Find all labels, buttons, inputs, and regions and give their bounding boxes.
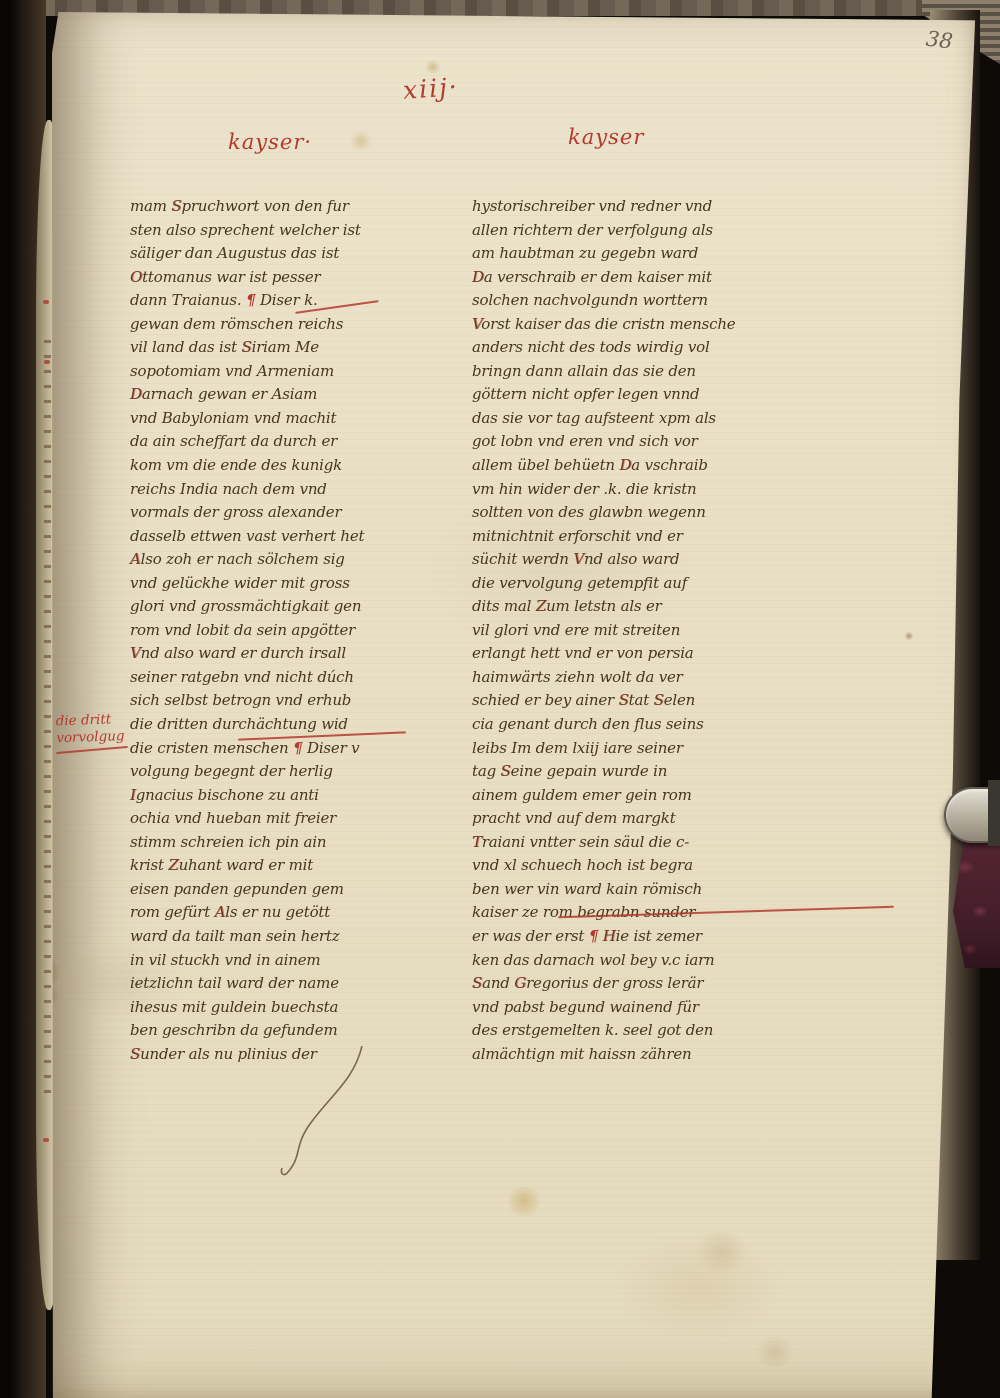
stain bbox=[752, 1337, 798, 1367]
manuscript-line: in vil stuckh vnd in ainem bbox=[130, 949, 420, 973]
manuscript-line: mam Spruchwort von den fur bbox=[130, 195, 420, 219]
manuscript-line: ihesus mit guldein buechsta bbox=[130, 996, 420, 1020]
manuscript-line: almächtign mit haissn zähren bbox=[472, 1043, 782, 1067]
stain bbox=[904, 632, 914, 640]
manuscript-line: ben wer vin ward kain römisch bbox=[472, 878, 782, 902]
manuscript-line: anders nicht des tods wirdig vol bbox=[472, 336, 782, 360]
manuscript-line: Ignacius bischone zu anti bbox=[130, 784, 420, 808]
manuscript-line: cia genant durch den flus seins bbox=[472, 713, 782, 737]
manuscript-line: solchen nachvolgundn worttern bbox=[472, 289, 782, 313]
manuscript-line: mitnichtnit erforschit vnd er bbox=[472, 525, 782, 549]
right-column-header: kayser bbox=[568, 125, 644, 149]
previous-page-text-edge bbox=[44, 340, 51, 1100]
manuscript-line: reichs India nach dem vnd bbox=[130, 478, 420, 502]
manuscript-line: vnd Babyloniam vnd machit bbox=[130, 407, 420, 431]
manuscript-line: kom vm die ende des kunigk bbox=[130, 454, 420, 478]
manuscript-line: glori vnd grossmächtigkait gen bbox=[130, 595, 420, 619]
folio-number: 38 bbox=[925, 26, 954, 53]
manuscript-line: Vnd also ward er durch irsall bbox=[130, 642, 420, 666]
manuscript-photo: xiij· 38 kayser· kayser die dritt vorvol… bbox=[0, 0, 1000, 1398]
manuscript-line: Vorst kaiser das die cristn mensche bbox=[472, 313, 782, 337]
manuscript-line: säliger dan Augustus das ist bbox=[130, 242, 420, 266]
manuscript-line: pracht vnd auf dem margkt bbox=[472, 807, 782, 831]
manuscript-line: Traiani vntter sein säul die c- bbox=[472, 831, 782, 855]
manuscript-line: am haubtman zu gegebn ward bbox=[472, 242, 782, 266]
manuscript-line: vnd gelückhe wider mit gross bbox=[130, 572, 420, 596]
manuscript-line: göttern nicht opfer legen vnnd bbox=[472, 383, 782, 407]
manuscript-line: rom gefürt Als er nu getött bbox=[130, 901, 420, 925]
manuscript-line: Also zoh er nach sölchem sig bbox=[130, 548, 420, 572]
manuscript-line: haimwärts ziehn wolt da ver bbox=[472, 666, 782, 690]
manuscript-line: ward da tailt man sein hertz bbox=[130, 925, 420, 949]
manuscript-line: soltten von des glawbn wegenn bbox=[472, 501, 782, 525]
manuscript-line: Da verschraib er dem kaiser mit bbox=[472, 266, 782, 290]
manuscript-line: got lobn vnd eren vnd sich vor bbox=[472, 430, 782, 454]
left-column-header: kayser· bbox=[228, 130, 312, 154]
manuscript-line: dits mal Zum letstn als er bbox=[472, 595, 782, 619]
manuscript-line: süchit werdn Vnd also ward bbox=[472, 548, 782, 572]
previous-page-rubric-mark bbox=[43, 1138, 49, 1142]
manuscript-line: er was der erst ¶ Hie ist zemer bbox=[472, 925, 782, 949]
manuscript-line: bringn dann allain das sie den bbox=[472, 360, 782, 384]
manuscript-line: sten also sprechent welcher ist bbox=[130, 219, 420, 243]
stain bbox=[348, 132, 374, 150]
manuscript-line: tag Seine gepain wurde in bbox=[472, 760, 782, 784]
manuscript-line: ochia vnd hueban mit freier bbox=[130, 807, 420, 831]
manuscript-line: hystorischreiber vnd redner vnd bbox=[472, 195, 782, 219]
manuscript-line: vormals der gross alexander bbox=[130, 501, 420, 525]
manuscript-line: sich selbst betrogn vnd erhub bbox=[130, 689, 420, 713]
manuscript-line: Ottomanus war ist pesser bbox=[130, 266, 420, 290]
stain bbox=[504, 1186, 544, 1216]
stain bbox=[424, 60, 442, 74]
manuscript-line: vil land das ist Siriam Me bbox=[130, 336, 420, 360]
manuscript-line: dasselb ettwen vast verhert het bbox=[130, 525, 420, 549]
manuscript-line: allen richtern der verfolgung als bbox=[472, 219, 782, 243]
book-clasp-strap bbox=[988, 780, 1000, 846]
manuscript-line: vnd xl schuech hoch ist begra bbox=[472, 854, 782, 878]
manuscript-line: die vervolgung getempfit auf bbox=[472, 572, 782, 596]
manuscript-line: das sie vor tag aufsteent xpm als bbox=[472, 407, 782, 431]
manuscript-line: ietzlichn tail ward der name bbox=[130, 972, 420, 996]
manuscript-line: vm hin wider der .k. die kristn bbox=[472, 478, 782, 502]
manuscript-line: vnd pabst begund wainend für bbox=[472, 996, 782, 1020]
manuscript-line: rom vnd lobit da sein apgötter bbox=[130, 619, 420, 643]
stain bbox=[692, 1232, 752, 1272]
manuscript-line: schied er bey ainer Stat Selen bbox=[472, 689, 782, 713]
manuscript-line: Sand Gregorius der gross lerär bbox=[472, 972, 782, 996]
manuscript-line: krist Zuhant ward er mit bbox=[130, 854, 420, 878]
margin-note: die dritt vorvolgug bbox=[55, 711, 134, 748]
manuscript-line: leibs Im dem lxiij iare seiner bbox=[472, 737, 782, 761]
manuscript-line: des erstgemelten k. seel got den bbox=[472, 1019, 782, 1043]
manuscript-line: sopotomiam vnd Armeniam bbox=[130, 360, 420, 384]
pen-flourish bbox=[230, 1040, 410, 1190]
margin-note-underline bbox=[56, 746, 128, 754]
manuscript-line: seiner ratgebn vnd nicht dúch bbox=[130, 666, 420, 690]
margin-note-line: vorvolgug bbox=[56, 728, 135, 748]
manuscript-line: ken das darnach wol bey v.c iarn bbox=[472, 949, 782, 973]
right-text-column: hystorischreiber vnd redner vndallen ric… bbox=[472, 195, 782, 1066]
manuscript-line: allem übel behüetn Da vschraib bbox=[472, 454, 782, 478]
manuscript-line: vil glori vnd ere mit streiten bbox=[472, 619, 782, 643]
manuscript-line: volgung begegnt der herlig bbox=[130, 760, 420, 784]
manuscript-line: stimm schreien ich pin ain bbox=[130, 831, 420, 855]
manuscript-line: erlangt hett vnd er von persia bbox=[472, 642, 782, 666]
manuscript-line: Darnach gewan er Asiam bbox=[130, 383, 420, 407]
left-text-column: mam Spruchwort von den fursten also spre… bbox=[130, 195, 420, 1066]
manuscript-line: gewan dem römschen reichs bbox=[130, 313, 420, 337]
manuscript-page: xiij· 38 kayser· kayser die dritt vorvol… bbox=[52, 12, 976, 1398]
manuscript-line: die cristen menschen ¶ Diser v bbox=[130, 737, 420, 761]
manuscript-line: da ain scheffart da durch er bbox=[130, 430, 420, 454]
quire-mark: xiij· bbox=[402, 72, 460, 105]
previous-page-rubric-mark bbox=[43, 300, 49, 304]
manuscript-line: eisen panden gepunden gem bbox=[130, 878, 420, 902]
manuscript-line: ainem guldem emer gein rom bbox=[472, 784, 782, 808]
previous-page-rubric-mark bbox=[44, 360, 50, 364]
